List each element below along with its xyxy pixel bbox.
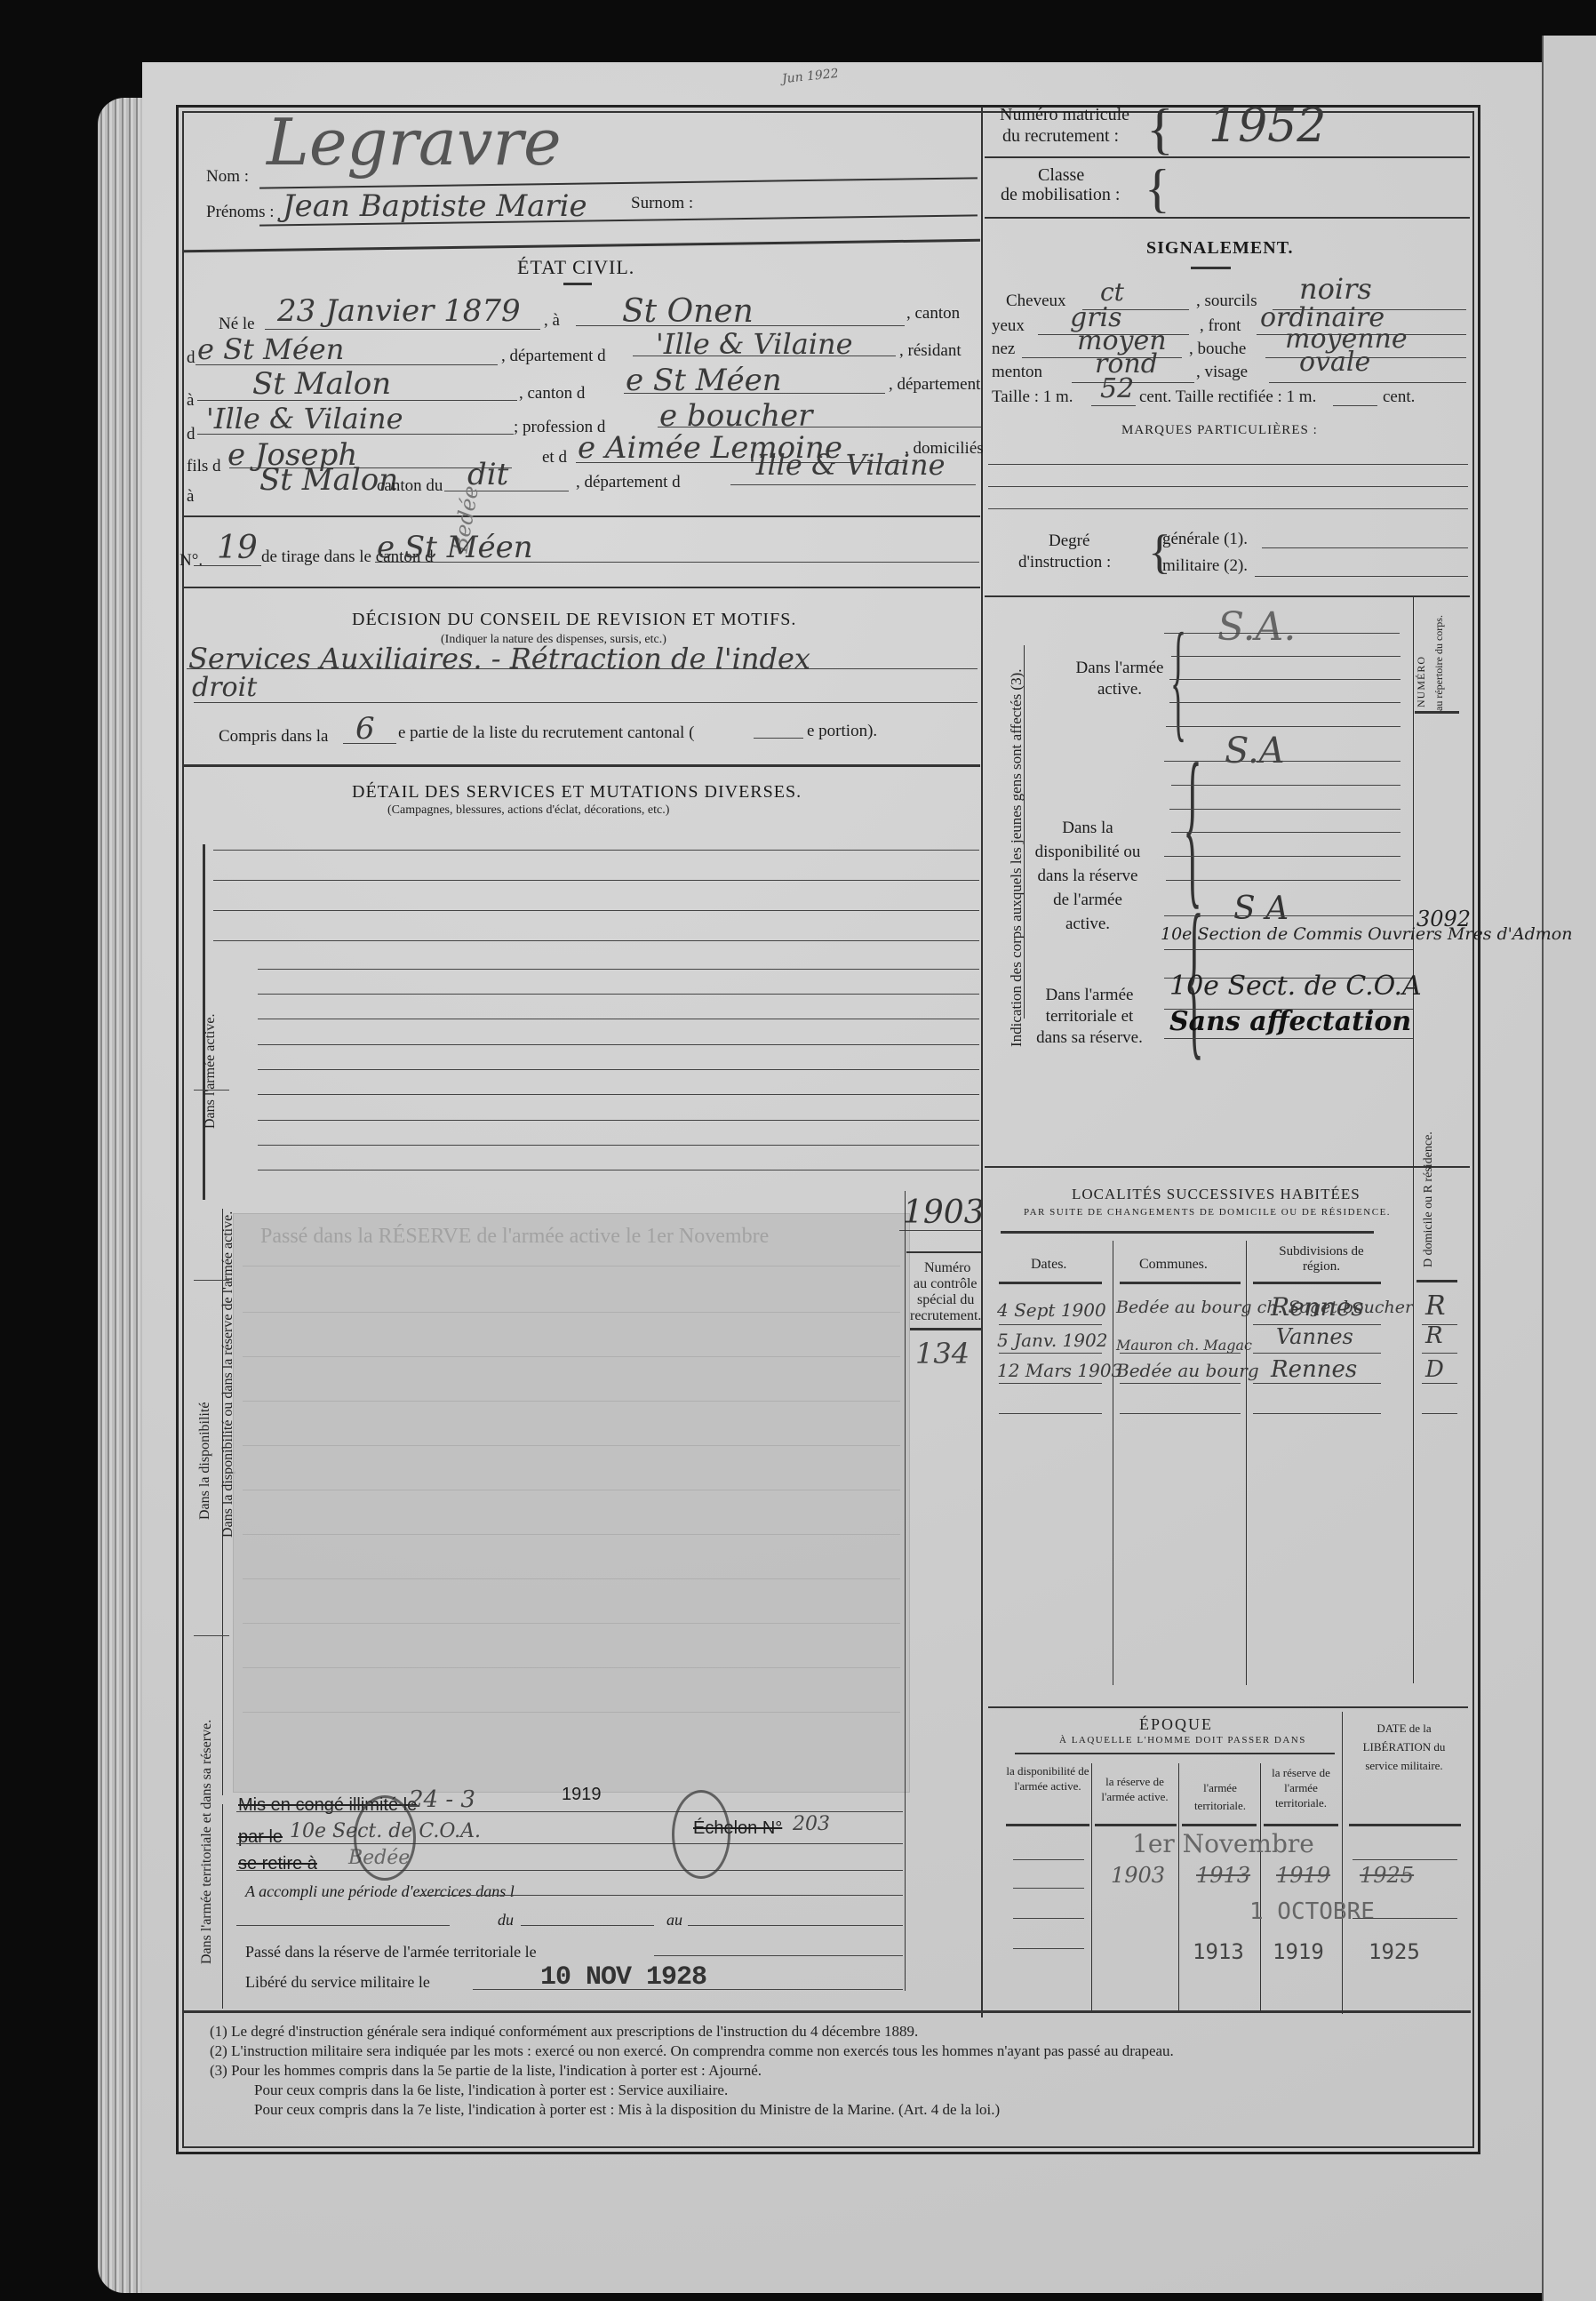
cheveux-label: Cheveux	[1006, 292, 1066, 311]
classe-label-1: Classe	[1038, 165, 1084, 186]
taille-cent-label: cent.	[1383, 387, 1415, 407]
portion-suffix: e portion).	[807, 722, 877, 741]
departement2-value: 'Ille & Vilaine	[206, 402, 403, 435]
localites-col-communes: Communes.	[1139, 1257, 1208, 1273]
epoque-col-disponibilite: la disponibilité de l'armée active.	[1006, 1763, 1089, 1794]
controle-label-3: spécial du	[917, 1292, 974, 1308]
libere-label: Libéré du service militaire le	[245, 1973, 430, 1992]
epoque-liberation-header: DATE de la LIBÉRATION du service militai…	[1345, 1719, 1463, 1775]
services-subtitle: (Campagnes, blessures, actions d'éclat, …	[387, 803, 669, 818]
prenoms-value: Jean Baptiste Marie	[283, 188, 587, 224]
canton3-label: canton du	[377, 476, 443, 496]
controle-label-1: Numéro	[924, 1260, 970, 1276]
localites-subtitle: PAR SUITE DE CHANGEMENTS DE DOMICILE OU …	[1024, 1207, 1391, 1218]
localites-dr: R	[1425, 1290, 1446, 1322]
periode-label: A accompli une période d'exercices dans …	[245, 1882, 515, 1901]
par-le-label: par le	[238, 1827, 283, 1848]
corps-active-label: Dans l'armée active.	[1075, 658, 1164, 700]
epoque-date-label: 1er Novembre	[1132, 1829, 1314, 1858]
epoque-stamp-liberation: 1925	[1369, 1939, 1420, 1964]
bouche-label: , bouche	[1189, 340, 1246, 359]
book-right-edge	[1542, 36, 1596, 2301]
decision-title: DÉCISION DU CONSEIL DE REVISION ET MOTIF…	[352, 610, 796, 630]
localites-subdivision: Vannes	[1276, 1324, 1353, 1349]
echelon-value: 203	[793, 1813, 830, 1835]
matricule-label-1: Numéro matricule	[1000, 105, 1129, 125]
pasted-slip-text: Passé dans la RÉSERVE de l'armée active …	[260, 1225, 769, 1249]
decision-value-2: droit	[192, 672, 257, 703]
localites-dr-header: D domicile ou R résidence.	[1422, 1131, 1436, 1267]
visage-value: ovale	[1299, 347, 1370, 378]
corps-territoriale-entry-4: Sans affectation	[1169, 1006, 1411, 1037]
ne-le-value: 23 Janvier 1879	[277, 293, 521, 329]
departement-label: , département d	[501, 347, 606, 366]
services-side-disponibilite-1: Dans la disponibilité	[197, 1402, 213, 1520]
residant-a-label: à	[187, 391, 194, 411]
ne-le-label: Né le	[219, 315, 255, 334]
corps-vertical-label: Indication des corps auxquels les jeunes…	[1008, 668, 1025, 1047]
decision-value-1: Services Auxiliaires. - Rétraction de l'…	[188, 642, 810, 675]
controle-label-4: recrutement.	[910, 1308, 981, 1324]
taille-label: Taille : 1 m.	[992, 387, 1073, 407]
services-side-active: Dans l'armée active.	[203, 1014, 219, 1129]
epoque-title: ÉPOQUE	[1139, 1715, 1213, 1734]
et-label: et d	[542, 448, 567, 467]
departement3-label: , département d	[576, 473, 681, 492]
footnote-2: (2) L'instruction militaire sera indiqué…	[210, 2042, 1174, 2060]
localites-dr: D	[1425, 1356, 1444, 1383]
year-marker: 1903	[903, 1194, 985, 1231]
menton-label: menton	[992, 363, 1042, 382]
localites-subdivision: Rennes	[1271, 1292, 1364, 1322]
localites-dr: R	[1425, 1322, 1443, 1349]
column-divider	[981, 107, 983, 2017]
epoque-value-reserve-active: 1903	[1111, 1863, 1165, 1888]
instruction-generale-label: générale (1).	[1162, 530, 1248, 549]
nom-label: Nom :	[206, 167, 249, 187]
residant-label: , résidant	[899, 341, 962, 361]
taille-rectifiee-label: cent. Taille rectifiée : 1 m.	[1139, 387, 1316, 407]
signalement-title: SIGNALEMENT.	[1146, 238, 1294, 259]
departement2-label: , département	[889, 375, 980, 395]
tirage-canton-value: e St Méen	[377, 530, 533, 565]
passe-reserve-label: Passé dans la réserve de l'armée territo…	[245, 1943, 537, 1961]
localites-subdivision: Rennes	[1271, 1356, 1357, 1383]
departement2-prefix: d	[187, 425, 196, 444]
front-label: , front	[1200, 316, 1241, 336]
epoque-value-territoriale: 1913	[1196, 1863, 1250, 1888]
localites-col-subdivisions: Subdivisions de région.	[1273, 1244, 1370, 1274]
corps-territoriale-entry-3: 10e Sect. de C.O.A	[1169, 971, 1422, 1002]
compris-label: Compris dans la	[219, 727, 329, 747]
corps-territoriale-label: Dans l'armée territoriale et dans sa rés…	[1036, 985, 1143, 1049]
etat-civil-title: ÉTAT CIVIL.	[517, 256, 634, 279]
compris-value: 6	[355, 711, 375, 747]
postmark-stamp-left	[354, 1795, 416, 1881]
residant-value: St Malon	[252, 366, 391, 402]
au-label: au	[666, 1911, 682, 1929]
controle-value: 134	[915, 1337, 970, 1370]
canton-label: , canton	[906, 304, 960, 324]
epoque-stamp-date: 1 OCTOBRE	[1249, 1898, 1375, 1925]
footnote-3: (3) Pour les hommes compris dans la 5e p…	[210, 2062, 762, 2080]
canton2-label: , canton d	[519, 384, 585, 403]
localites-title: LOCALITÉS SUCCESSIVES HABITÉES	[1072, 1186, 1361, 1203]
localites-col-dates: Dates.	[1031, 1257, 1066, 1273]
du-label: du	[498, 1911, 514, 1929]
marques-title: MARQUES PARTICULIÈRES :	[1121, 423, 1318, 438]
se-retire-label: se retire à	[238, 1854, 317, 1874]
conge-year: 1919	[562, 1785, 602, 1805]
sourcils-value: noirs	[1299, 272, 1372, 306]
epoque-stamp-territoriale: 1913	[1193, 1939, 1244, 1964]
yeux-label: yeux	[992, 316, 1025, 336]
corps-active-entry-1: S.A.	[1217, 604, 1296, 650]
localites-date: 4 Sept 1900	[997, 1299, 1106, 1321]
tirage-no-label: N°.	[180, 551, 203, 571]
brace-icon: {	[1146, 96, 1174, 162]
localites-date: 12 Mars 1903	[997, 1360, 1122, 1381]
corps-disponibilite-entry-1: S.A	[1225, 731, 1285, 771]
postmark-stamp-right	[672, 1790, 730, 1879]
instruction-label-2: d'instruction :	[1018, 553, 1111, 572]
epoque-value-reserve-territoriale: 1919	[1276, 1863, 1330, 1888]
services-side-territoriale: Dans l'armée territoriale et dans sa rés…	[199, 1720, 215, 1964]
canton-value: e St Méen	[197, 332, 344, 366]
prenoms-label: Prénoms :	[206, 203, 275, 222]
numero-header-2: au répertoire du corps.	[1432, 615, 1446, 711]
de-label: d	[187, 348, 196, 368]
libere-value: 10 NOV 1928	[540, 1962, 706, 1993]
nom-value: Legravre	[267, 105, 562, 180]
visage-label: , visage	[1196, 363, 1248, 382]
services-title: DÉTAIL DES SERVICES ET MUTATIONS DIVERSE…	[352, 782, 802, 803]
taille-value: 52	[1100, 373, 1134, 404]
footnote-4: Pour ceux compris dans la 6e liste, l'in…	[254, 2081, 728, 2099]
classe-label-2: de mobilisation :	[1001, 185, 1120, 205]
controle-label-2: au contrôle	[914, 1276, 978, 1292]
corps-numero-value: 3092	[1416, 907, 1471, 931]
corps-disponibilite-label: Dans la disponibilité ou dans la réserve…	[1034, 816, 1141, 936]
pasted-slip: Passé dans la RÉSERVE de l'armée active …	[233, 1213, 910, 1793]
epoque-value-liberation-struck: 1925	[1360, 1863, 1414, 1888]
ne-a-value: St Onen	[622, 293, 754, 330]
sourcils-label: , sourcils	[1196, 292, 1257, 311]
profession-value: e boucher	[659, 398, 812, 434]
nez-label: nez	[992, 340, 1015, 359]
matricule-label-2: du recrutement :	[1002, 126, 1119, 147]
instruction-militaire-label: militaire (2).	[1162, 556, 1248, 576]
corps-territoriale-entry-2: 10e Section de Commis Ouvriers Mres d'Ad…	[1161, 924, 1572, 944]
epoque-subtitle: À LAQUELLE L'HOMME DOIT PASSER DANS	[1059, 1735, 1306, 1746]
domicile-a-label: à	[187, 487, 194, 507]
surnom-label: Surnom :	[631, 194, 693, 213]
brace-icon: {	[1145, 158, 1170, 220]
numero-header-1: NUMÉRO	[1415, 656, 1428, 707]
mis-en-conge-value: 24 - 3	[409, 1786, 475, 1813]
epoque-stamp-reserve-territoriale: 1919	[1273, 1939, 1324, 1964]
localites-commune: Bedée au bourg	[1116, 1360, 1259, 1381]
instruction-label-1: Degré	[1049, 531, 1089, 551]
localites-commune: Mauron ch. Magac	[1116, 1337, 1252, 1354]
footnote-1: (1) Le degré d'instruction générale sera…	[210, 2023, 918, 2041]
corps-territoriale-entry-1: S A	[1233, 891, 1289, 927]
epoque-col-reserve-active: la réserve de l'armée active.	[1093, 1774, 1177, 1804]
matricule-value: 1952	[1209, 100, 1326, 153]
departement3-value: 'Ille & Vilaine	[748, 448, 946, 482]
localites-date: 5 Janv. 1902	[997, 1330, 1107, 1351]
tirage-no-value: 19	[217, 530, 258, 566]
fils-label: fils d	[187, 457, 221, 476]
ne-a-label: , à	[544, 311, 560, 331]
epoque-col-reserve-territoriale: la réserve de l'armée territoriale.	[1262, 1765, 1340, 1810]
localites-commune: Bedée au bourg ch. Saget boucher	[1116, 1298, 1413, 1317]
footnote-5: Pour ceux compris dans la 7e liste, l'in…	[254, 2101, 1000, 2119]
compris-suffix: e partie de la liste du recrutement cant…	[398, 723, 694, 743]
epoque-col-territoriale: l'armée territoriale.	[1182, 1779, 1258, 1815]
